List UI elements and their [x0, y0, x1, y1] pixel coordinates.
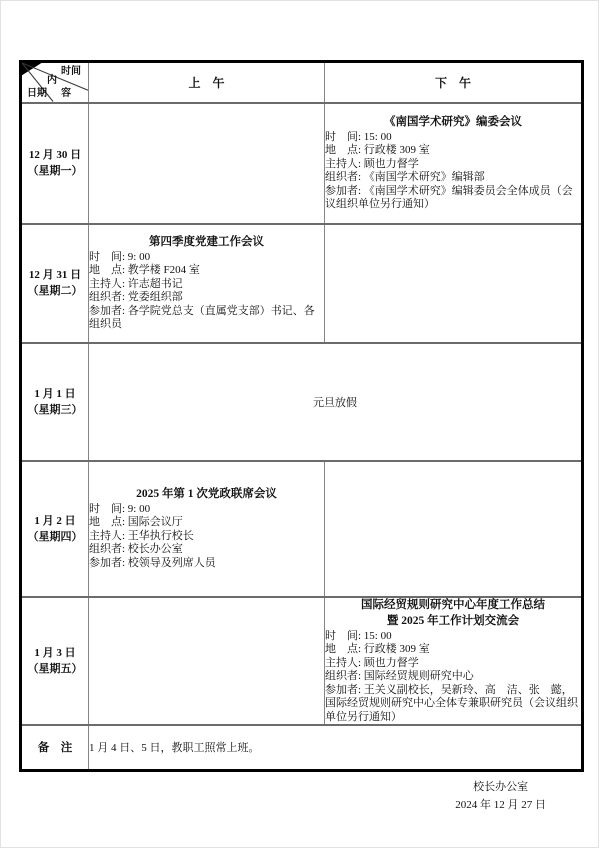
pm-cell: 国际经贸规则研究中心年度工作总结 暨 2025 年工作计划交流会 时 间: 15… [325, 597, 583, 726]
event-line-host: 主持人: 许志超书记 [89, 278, 324, 292]
date-cell: 12 月 30 日 （星期一） [21, 103, 89, 224]
date-line: 1 月 3 日 [22, 645, 88, 661]
date-line: 1 月 2 日 [22, 513, 88, 529]
note-row: 备 注 1 月 4 日、5 日，教职工照常上班。 [21, 725, 583, 770]
event: 《南国学术研究》编委会议 时 间: 15: 00 地 点: 行政楼 309 室 … [325, 115, 581, 212]
am-cell-empty [89, 103, 325, 224]
week-line: （星期二） [22, 283, 88, 299]
event-line-organizer: 组织者: 《南国学术研究》编辑部 [325, 171, 581, 185]
column-header-am: 上 午 [89, 62, 325, 103]
event-line-place: 地 点: 行政楼 309 室 [325, 643, 581, 657]
am-cell: 第四季度党建工作会议 时 间: 9: 00 地 点: 教学楼 F204 室 主持… [89, 224, 325, 343]
row-jan-3: 1 月 3 日 （星期五） 国际经贸规则研究中心年度工作总结 暨 2025 年工… [21, 597, 583, 726]
event-line-participants: 参加者: 校领导及列席人员 [89, 557, 324, 571]
date-cell: 12 月 31 日 （星期二） [21, 224, 89, 343]
am-cell-empty [89, 597, 325, 726]
corner-content-label-2: 容 [61, 88, 71, 99]
event-line-participants: 参加者: 各学院党总支（直属党支部）书记、各组织员 [89, 305, 324, 332]
event-line-time: 时 间: 9: 00 [89, 503, 324, 517]
event-title: 2025 年第 1 次党政联席会议 [89, 487, 324, 501]
event: 2025 年第 1 次党政联席会议 时 间: 9: 00 地 点: 国际会议厅 … [89, 487, 324, 571]
event-line-host: 主持人: 顾也力督学 [325, 657, 581, 671]
corner-content-label-1: 内 [47, 75, 57, 86]
event-title: 国际经贸规则研究中心年度工作总结 [325, 598, 581, 612]
event-line-place: 地 点: 教学楼 F204 室 [89, 264, 324, 278]
event-line-time: 时 间: 9: 00 [89, 251, 324, 265]
pm-cell: 《南国学术研究》编委会议 时 间: 15: 00 地 点: 行政楼 309 室 … [325, 103, 583, 224]
corner-date-label: 日期 [27, 88, 47, 99]
page: 时间 内 容 日期 上 午 下 午 12 月 30 日 （星期一） 《南国学术研… [0, 0, 599, 848]
row-jan-2: 1 月 2 日 （星期四） 2025 年第 1 次党政联席会议 时 间: 9: … [21, 461, 583, 597]
week-line: （星期一） [22, 163, 88, 179]
event-title: 第四季度党建工作会议 [89, 235, 324, 249]
week-line: （星期三） [22, 402, 88, 418]
date-cell: 1 月 3 日 （星期五） [21, 597, 89, 726]
am-cell: 2025 年第 1 次党政联席会议 时 间: 9: 00 地 点: 国际会议厅 … [89, 461, 325, 597]
week-line: （星期五） [22, 661, 88, 677]
event-line-place: 地 点: 国际会议厅 [89, 516, 324, 530]
row-dec-31: 12 月 31 日 （星期二） 第四季度党建工作会议 时 间: 9: 00 地 … [21, 224, 583, 343]
event: 国际经贸规则研究中心年度工作总结 暨 2025 年工作计划交流会 时 间: 15… [325, 598, 581, 725]
holiday-cell: 元旦放假 [89, 343, 583, 461]
pm-cell-empty [325, 224, 583, 343]
corner-time-label: 时间 [61, 66, 81, 77]
schedule-table: 时间 内 容 日期 上 午 下 午 12 月 30 日 （星期一） 《南国学术研… [19, 60, 584, 772]
date-line: 12 月 31 日 [22, 267, 88, 283]
note-label-cell: 备 注 [21, 725, 89, 770]
event-line-host: 主持人: 顾也力督学 [325, 158, 581, 172]
event-line-participants: 参加者: 王关义副校长，吴新玲、高 洁、张 懿，国际经贸规则研究中心全体专兼职研… [325, 684, 581, 725]
note-content-cell: 1 月 4 日、5 日，教职工照常上班。 [89, 725, 583, 770]
event-line-time: 时 间: 15: 00 [325, 131, 581, 145]
week-line: （星期四） [22, 529, 88, 545]
footer-date: 2024 年 12 月 27 日 [455, 796, 546, 814]
event-title-line2: 暨 2025 年工作计划交流会 [325, 614, 581, 628]
pm-cell-empty [325, 461, 583, 597]
header-row: 时间 内 容 日期 上 午 下 午 [21, 62, 583, 103]
row-dec-30: 12 月 30 日 （星期一） 《南国学术研究》编委会议 时 间: 15: 00… [21, 103, 583, 224]
event-line-participants: 参加者: 《南国学术研究》编辑委员会全体成员（会议组织单位另行通知） [325, 185, 581, 212]
date-cell: 1 月 1 日 （星期三） [21, 343, 89, 461]
event-line-organizer: 组织者: 校长办公室 [89, 543, 324, 557]
event-title: 《南国学术研究》编委会议 [325, 115, 581, 129]
footer-org: 校长办公室 [455, 778, 546, 796]
date-cell: 1 月 2 日 （星期四） [21, 461, 89, 597]
event-line-organizer: 组织者: 国际经贸规则研究中心 [325, 670, 581, 684]
row-jan-1: 1 月 1 日 （星期三） 元旦放假 [21, 343, 583, 461]
corner-cell: 时间 内 容 日期 [21, 62, 89, 103]
event-line-time: 时 间: 15: 00 [325, 630, 581, 644]
column-header-pm: 下 午 [325, 62, 583, 103]
event-line-place: 地 点: 行政楼 309 室 [325, 144, 581, 158]
event-line-host: 主持人: 王华执行校长 [89, 530, 324, 544]
event-line-organizer: 组织者: 党委组织部 [89, 291, 324, 305]
date-line: 12 月 30 日 [22, 147, 88, 163]
event: 第四季度党建工作会议 时 间: 9: 00 地 点: 教学楼 F204 室 主持… [89, 235, 324, 332]
date-line: 1 月 1 日 [22, 386, 88, 402]
footer: 校长办公室 2024 年 12 月 27 日 [455, 778, 546, 814]
